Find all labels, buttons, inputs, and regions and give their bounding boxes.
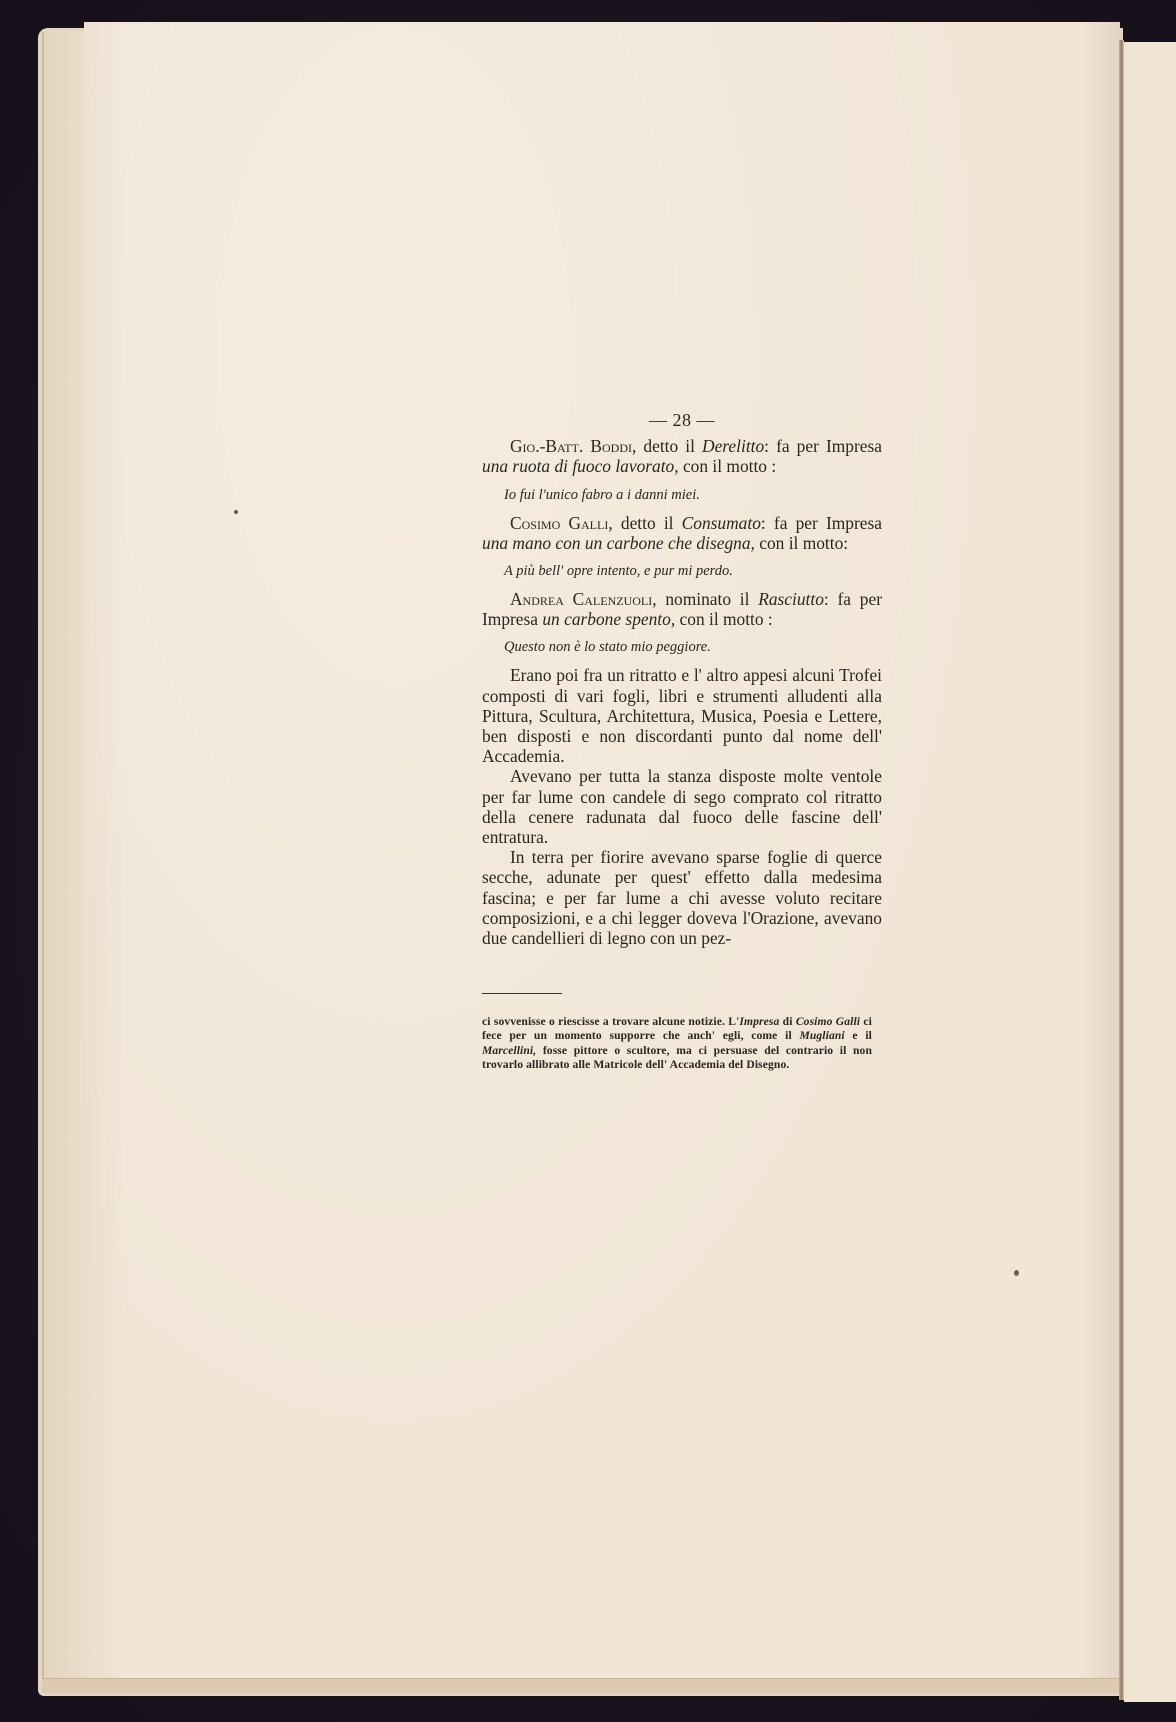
page-edges-bottom [42,1678,1122,1693]
entry-motto: A più bell' opre intento, e pur mi perdo… [482,562,882,580]
page-fold [1119,40,1124,1700]
entry-motto: Io fui l'unico fabro a i danni miei. [482,486,882,504]
entry-nickname: Derelitto [702,436,764,456]
paragraph-terra: In terra per fiorire avevano sparse fogl… [482,847,882,948]
entry-galli: Cosimo Galli, detto il Consumato: fa per… [482,513,882,553]
entry-impresa: un carbone spento, [542,609,675,629]
entry-impresa: una ruota di fuoco lavorato, [482,456,679,476]
page-edges-left [42,32,90,1688]
paper-speck [234,510,238,514]
entry-calenzuoli: Andrea Calenzuoli, nominato il Rasciutto… [482,589,882,629]
facing-page-edge [1124,42,1176,1702]
entry-nickname: Consumato [682,513,761,533]
page-number: — 28 — [482,410,882,430]
footnote: ci sovvenisse o riescisse a trovare alcu… [482,1015,872,1072]
paragraph-ventole: Avevano per tutta la stanza disposte mol… [482,766,882,847]
entry-name: Gio.-Batt. Boddi [510,436,632,456]
main-text: — 28 — Gio.-Batt. Boddi, detto il Dereli… [482,410,882,948]
entry-nickname: Rasciutto [758,589,824,609]
paragraph-trofei: Erano poi fra un ritratto e l' altro app… [482,665,882,766]
entry-boddi: Gio.-Batt. Boddi, detto il Derelitto: fa… [482,436,882,476]
footnote-divider [482,993,562,994]
entry-impresa: una mano con un carbone che disegna, [482,533,755,553]
entry-name: Cosimo Galli [510,513,608,533]
entry-motto: Questo non è lo stato mio peggiore. [482,638,882,656]
paper-speck [1014,1270,1019,1276]
entry-name: Andrea Calenzuoli [510,589,652,609]
